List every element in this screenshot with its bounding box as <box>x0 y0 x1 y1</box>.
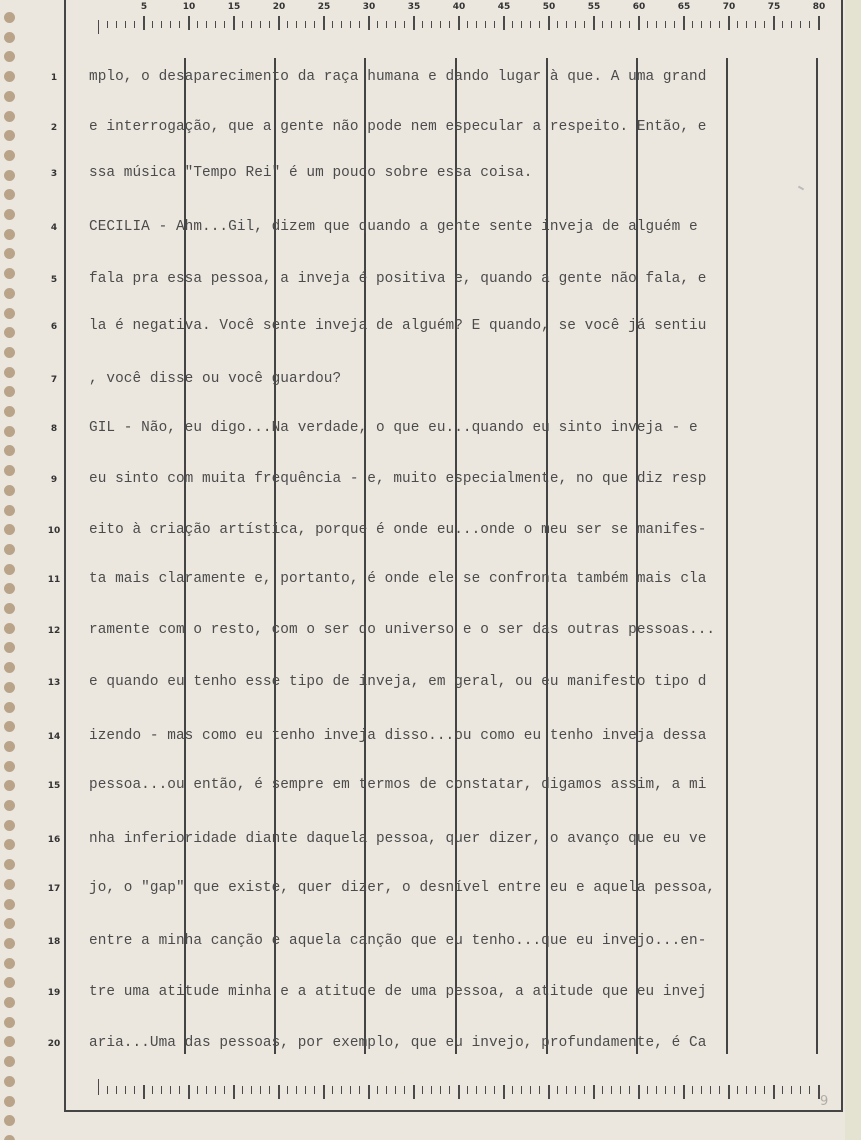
punch-hole <box>4 603 15 614</box>
ruler-tick <box>485 1086 486 1094</box>
line-number: 1 <box>46 73 62 83</box>
ruler-tick <box>422 1086 423 1094</box>
top-ruler: 5101520253035404550556065707580 <box>98 0 820 30</box>
transcript-line: fala pra essa pessoa, a inveja é positiv… <box>89 271 706 287</box>
ruler-tick <box>98 1079 99 1095</box>
ruler-tick <box>530 21 531 28</box>
ruler-tick <box>233 1085 235 1099</box>
ruler-tick <box>512 1086 513 1094</box>
ruler-tick <box>755 21 756 28</box>
ruler-tick <box>620 21 621 28</box>
punch-hole <box>4 1135 15 1140</box>
line-number: 5 <box>46 275 62 285</box>
ruler-tick <box>422 21 423 28</box>
ruler-tick <box>755 1086 756 1094</box>
punch-hole <box>4 32 15 43</box>
transcript-line: , você disse ou você guardou? <box>89 371 341 387</box>
ruler-tick <box>611 21 612 28</box>
ruler-tick <box>647 1086 648 1094</box>
ruler-tick <box>683 1085 685 1099</box>
ruler-tick <box>206 21 207 28</box>
ruler-tick <box>467 1086 468 1094</box>
ruler-tick <box>215 21 216 28</box>
ruler-tick <box>116 1086 117 1094</box>
ruler-tick <box>377 21 378 28</box>
ruler-tick <box>413 1085 415 1099</box>
punch-hole <box>4 682 15 693</box>
punch-hole <box>4 958 15 969</box>
line-number: 11 <box>46 575 62 585</box>
line-number: 8 <box>46 424 62 434</box>
ruler-tick <box>458 1085 460 1099</box>
ruler-label: 80 <box>813 2 826 12</box>
ruler-tick <box>368 16 370 30</box>
ruler-tick <box>287 21 288 28</box>
transcript-line: e quando eu tenho esse tipo de inveja, e… <box>89 674 706 690</box>
ruler-tick <box>395 21 396 28</box>
punch-hole <box>4 642 15 653</box>
ruler-tick <box>602 1086 603 1094</box>
punch-hole <box>4 91 15 102</box>
ruler-tick <box>269 1086 270 1094</box>
ruler-label: 15 <box>228 2 241 12</box>
punch-hole <box>4 564 15 575</box>
punch-hole <box>4 12 15 23</box>
ruler-label: 10 <box>183 2 196 12</box>
ruler-tick <box>602 21 603 28</box>
ruler-tick <box>332 1086 333 1094</box>
line-number: 10 <box>46 526 62 536</box>
ruler-tick <box>791 21 792 28</box>
ruler-tick <box>521 21 522 28</box>
ruler-tick <box>260 21 261 28</box>
ruler-tick <box>323 16 325 30</box>
ruler-label: 55 <box>588 2 601 12</box>
punch-hole <box>4 229 15 240</box>
ruler-tick <box>413 16 415 30</box>
ruler-tick <box>548 16 550 30</box>
ruler-tick <box>251 1086 252 1094</box>
ruler-tick <box>611 1086 612 1094</box>
ruler-tick <box>674 21 675 28</box>
column-guide-line <box>274 58 276 1054</box>
ruler-tick <box>530 1086 531 1094</box>
ruler-tick <box>584 21 585 28</box>
ruler-tick <box>377 1086 378 1094</box>
ruler-tick <box>233 16 235 30</box>
punch-hole <box>4 938 15 949</box>
ruler-tick <box>782 1086 783 1094</box>
ruler-tick <box>674 1086 675 1094</box>
punch-hole <box>4 583 15 594</box>
ruler-tick <box>116 21 117 28</box>
line-number: 19 <box>46 988 62 998</box>
line-number: 3 <box>46 169 62 179</box>
ruler-label: 45 <box>498 2 511 12</box>
ruler-label: 20 <box>273 2 286 12</box>
ruler-tick <box>152 21 153 28</box>
ruler-label: 50 <box>543 2 556 12</box>
ruler-tick <box>503 16 505 30</box>
ruler-label: 35 <box>408 2 421 12</box>
punch-hole <box>4 327 15 338</box>
ruler-tick <box>332 21 333 28</box>
ruler-label: 40 <box>453 2 466 12</box>
ruler-tick <box>188 16 190 30</box>
line-number: 16 <box>46 835 62 845</box>
transcript-line: ssa música "Tempo Rei" é um pouco sobre … <box>89 165 533 181</box>
column-guide-line <box>364 58 366 1054</box>
column-guide-line <box>726 58 728 1054</box>
punch-hole <box>4 71 15 82</box>
ruler-tick <box>557 21 558 28</box>
ruler-tick <box>746 21 747 28</box>
ruler-tick <box>134 21 135 28</box>
ruler-tick <box>359 21 360 28</box>
ruler-tick <box>818 16 820 30</box>
ruler-tick <box>170 21 171 28</box>
ruler-tick <box>503 1085 505 1099</box>
ruler-tick <box>521 1086 522 1094</box>
ruler-label: 30 <box>363 2 376 12</box>
bottom-ruler <box>98 1075 820 1105</box>
ruler-tick <box>656 1086 657 1094</box>
line-number: 4 <box>46 223 62 233</box>
punch-hole <box>4 347 15 358</box>
punch-hole <box>4 505 15 516</box>
ruler-tick <box>809 1086 810 1094</box>
column-guide-line <box>546 58 548 1054</box>
ruler-tick <box>296 1086 297 1094</box>
transcript-line: aria...Uma das pessoas, por exemplo, que… <box>89 1035 706 1051</box>
ruler-tick <box>584 1086 585 1094</box>
ruler-tick <box>701 21 702 28</box>
punch-hole <box>4 820 15 831</box>
ruler-tick <box>179 1086 180 1094</box>
ruler-tick <box>107 1086 108 1094</box>
punch-hole <box>4 288 15 299</box>
punch-hole <box>4 268 15 279</box>
ruler-tick <box>467 21 468 28</box>
line-number: 17 <box>46 884 62 894</box>
ruler-tick <box>476 21 477 28</box>
transcript-line: la é negativa. Você sente inveja de algu… <box>89 318 706 334</box>
ruler-tick <box>350 21 351 28</box>
punch-hole <box>4 130 15 141</box>
ruler-tick <box>224 21 225 28</box>
punch-hole <box>4 386 15 397</box>
punch-hole <box>4 1096 15 1107</box>
punch-hole <box>4 1115 15 1126</box>
ruler-tick <box>575 21 576 28</box>
ruler-tick <box>728 16 730 30</box>
ruler-tick <box>764 21 765 28</box>
punch-hole <box>4 899 15 910</box>
ruler-tick <box>368 1085 370 1099</box>
ruler-label: 5 <box>141 2 147 12</box>
ruler-tick <box>350 1086 351 1094</box>
punch-hole <box>4 702 15 713</box>
punch-hole <box>4 170 15 181</box>
ruler-tick <box>557 1086 558 1094</box>
ruler-tick <box>809 21 810 28</box>
transcript-line: ramente com o resto, com o ser do univer… <box>89 622 715 638</box>
ruler-tick <box>458 16 460 30</box>
ruler-tick <box>773 1085 775 1099</box>
ruler-tick <box>242 21 243 28</box>
ruler-tick <box>773 16 775 30</box>
punch-hole <box>4 623 15 634</box>
ruler-tick <box>638 1085 640 1099</box>
ruler-tick <box>683 16 685 30</box>
ruler-tick <box>278 1085 280 1099</box>
ruler-tick <box>269 21 270 28</box>
ruler-tick <box>134 1086 135 1094</box>
punch-hole <box>4 485 15 496</box>
ruler-tick <box>737 21 738 28</box>
ruler-tick <box>719 21 720 28</box>
transcript-line: eu sinto com muita frequência - e, muito… <box>89 471 706 487</box>
transcript-line: e interrogação, que a gente não pode nem… <box>89 119 706 135</box>
transcript-line: izendo - mas como eu tenho inveja disso.… <box>89 728 706 744</box>
ruler-tick <box>431 1086 432 1094</box>
ruler-tick <box>161 1086 162 1094</box>
punch-hole <box>4 918 15 929</box>
ruler-tick <box>593 1085 595 1099</box>
ruler-tick <box>395 1086 396 1094</box>
ruler-tick <box>260 1086 261 1094</box>
ruler-tick <box>665 21 666 28</box>
ruler-tick <box>188 1085 190 1099</box>
ruler-tick <box>125 21 126 28</box>
ruler-tick <box>251 21 252 28</box>
punch-hole <box>4 465 15 476</box>
punch-hole <box>4 859 15 870</box>
punch-hole <box>4 1017 15 1028</box>
ruler-tick <box>215 1086 216 1094</box>
punch-hole <box>4 445 15 456</box>
punch-hole <box>4 1076 15 1087</box>
ruler-tick <box>314 1086 315 1094</box>
ruler-tick <box>224 1086 225 1094</box>
punch-hole <box>4 406 15 417</box>
ruler-tick <box>782 21 783 28</box>
ruler-tick <box>449 1086 450 1094</box>
punch-holes <box>0 0 22 1140</box>
ruler-tick <box>98 20 99 34</box>
ruler-tick <box>494 1086 495 1094</box>
ruler-tick <box>539 1086 540 1094</box>
ruler-tick <box>440 21 441 28</box>
ruler-tick <box>305 21 306 28</box>
ruler-tick <box>404 1086 405 1094</box>
ruler-tick <box>161 21 162 28</box>
ruler-tick <box>548 1085 550 1099</box>
ruler-tick <box>629 21 630 28</box>
punch-hole <box>4 800 15 811</box>
ruler-tick <box>143 1085 145 1099</box>
ruler-tick <box>692 1086 693 1094</box>
punch-hole <box>4 1036 15 1047</box>
ruler-tick <box>800 1086 801 1094</box>
ruler-tick <box>305 1086 306 1094</box>
punch-hole <box>4 51 15 62</box>
ruler-tick <box>494 21 495 28</box>
line-number: 13 <box>46 678 62 688</box>
ruler-tick <box>152 1086 153 1094</box>
ruler-tick <box>629 1086 630 1094</box>
punch-hole <box>4 111 15 122</box>
line-number: 12 <box>46 626 62 636</box>
punch-hole <box>4 189 15 200</box>
punch-hole <box>4 741 15 752</box>
line-number: 6 <box>46 322 62 332</box>
ruler-tick <box>701 1086 702 1094</box>
punch-hole <box>4 367 15 378</box>
transcript-line: CECILIA - Ahm...Gil, dizem que quando a … <box>89 219 698 235</box>
ruler-tick <box>746 1086 747 1094</box>
ruler-tick <box>314 21 315 28</box>
punch-hole <box>4 248 15 259</box>
punch-hole <box>4 879 15 890</box>
ruler-tick <box>656 21 657 28</box>
punch-hole <box>4 426 15 437</box>
ruler-tick <box>485 21 486 28</box>
ruler-tick <box>449 21 450 28</box>
ruler-tick <box>404 21 405 28</box>
ruler-tick <box>242 1086 243 1094</box>
transcript-line: eito à criação artística, porque é onde … <box>89 522 706 538</box>
punch-hole <box>4 721 15 732</box>
punch-hole <box>4 544 15 555</box>
column-guide-line <box>455 58 457 1054</box>
punch-hole <box>4 761 15 772</box>
ruler-tick <box>323 1085 325 1099</box>
line-number: 20 <box>46 1039 62 1049</box>
ruler-tick <box>296 21 297 28</box>
ruler-tick <box>593 16 595 30</box>
ruler-tick <box>125 1086 126 1094</box>
column-guide-line <box>184 58 186 1054</box>
transcript-line: jo, o "gap" que existe, quer dizer, o de… <box>89 880 715 896</box>
transcript-line: ta mais claramente e, portanto, é onde e… <box>89 571 706 587</box>
ruler-tick <box>278 16 280 30</box>
line-number: 14 <box>46 732 62 742</box>
ruler-tick <box>386 1086 387 1094</box>
punch-hole <box>4 1056 15 1067</box>
ruler-tick <box>197 1086 198 1094</box>
ruler-tick <box>431 21 432 28</box>
ruler-tick <box>764 1086 765 1094</box>
punch-hole <box>4 997 15 1008</box>
ruler-tick <box>440 1086 441 1094</box>
line-number: 15 <box>46 781 62 791</box>
ruler-tick <box>710 21 711 28</box>
ruler-tick <box>566 21 567 28</box>
ruler-label: 65 <box>678 2 691 12</box>
ruler-tick <box>665 1086 666 1094</box>
transcript-line: GIL - Não, eu digo...Na verdade, o que e… <box>89 420 698 436</box>
transcript-line: mplo, o desaparecimento da raça humana e… <box>89 69 706 85</box>
ruler-tick <box>512 21 513 28</box>
ruler-tick <box>710 1086 711 1094</box>
transcript-line: pessoa...ou então, é sempre em termos de… <box>89 777 706 793</box>
ruler-tick <box>359 1086 360 1094</box>
ruler-tick <box>476 1086 477 1094</box>
ruler-tick <box>620 1086 621 1094</box>
line-number: 18 <box>46 937 62 947</box>
ruler-label: 60 <box>633 2 646 12</box>
ruler-tick <box>737 1086 738 1094</box>
ruler-tick <box>692 21 693 28</box>
punch-hole <box>4 780 15 791</box>
ruler-tick <box>287 1086 288 1094</box>
page-number: 9 <box>820 1094 828 1109</box>
punch-hole <box>4 209 15 220</box>
column-guide-line <box>636 58 638 1054</box>
column-guide-line <box>816 58 818 1054</box>
page-edge <box>845 0 861 1140</box>
ruler-label: 70 <box>723 2 736 12</box>
ruler-tick <box>539 21 540 28</box>
ruler-tick <box>647 21 648 28</box>
ruler-tick <box>179 21 180 28</box>
punch-hole <box>4 150 15 161</box>
ruler-tick <box>575 1086 576 1094</box>
punch-hole <box>4 839 15 850</box>
ruler-tick <box>791 1086 792 1094</box>
ruler-tick <box>206 1086 207 1094</box>
ruler-tick <box>566 1086 567 1094</box>
transcript-line: tre uma atitude minha e a atitude de uma… <box>89 984 706 1000</box>
line-number: 9 <box>46 475 62 485</box>
ruler-tick <box>197 21 198 28</box>
ruler-tick <box>341 21 342 28</box>
transcript-line: entre a minha canção e aquela canção que… <box>89 933 706 949</box>
ruler-label: 25 <box>318 2 331 12</box>
transcript-line: nha inferioridade diante daquela pessoa,… <box>89 831 706 847</box>
punch-hole <box>4 977 15 988</box>
ruler-tick <box>386 21 387 28</box>
ruler-tick <box>341 1086 342 1094</box>
ruler-label: 75 <box>768 2 781 12</box>
ruler-tick <box>638 16 640 30</box>
ruler-tick <box>800 21 801 28</box>
punch-hole <box>4 662 15 673</box>
punch-hole <box>4 308 15 319</box>
line-number: 2 <box>46 123 62 133</box>
ruler-tick <box>719 1086 720 1094</box>
ruler-tick <box>107 21 108 28</box>
ruler-tick <box>728 1085 730 1099</box>
ruler-tick <box>170 1086 171 1094</box>
ruler-tick <box>143 16 145 30</box>
punch-hole <box>4 524 15 535</box>
line-number: 7 <box>46 375 62 385</box>
